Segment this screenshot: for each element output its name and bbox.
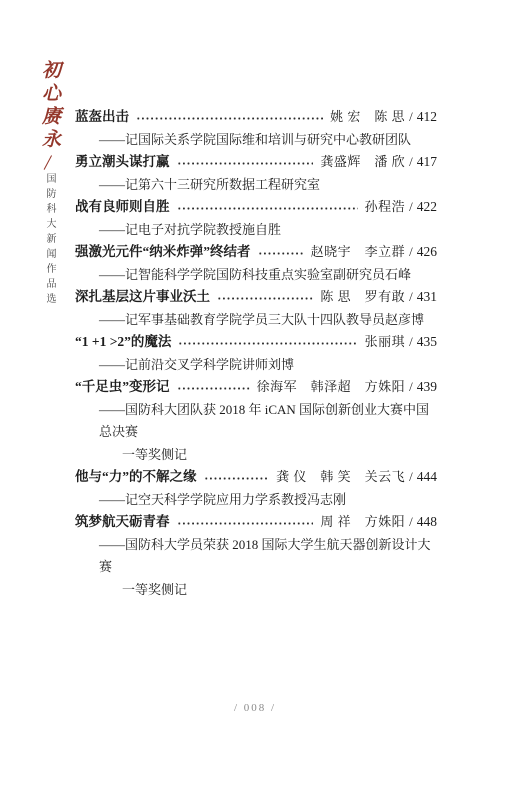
entry-subtitles: ——记军事基础教育学院学员三大队十四队教导员赵彦博 [75,309,437,332]
entry-title-row: 强激光元件“纳米炸弹”终结者 赵晓宇 李立群 / 426 [75,241,437,264]
book-page: 初心赓永 国防科大新闻作品选 蓝盔出击 姚 宏 陈 思 / 412 ——记国际关… [0,0,510,800]
entry-subtitle: 一等奖侧记 [75,579,437,602]
entry-authors: 姚 宏 陈 思 [330,106,405,129]
slash-separator: / [405,106,417,129]
dot-leader [204,475,270,480]
slash-separator: / [405,151,417,174]
entry-title-row: 战有良师则自胜 孙程浩 / 422 [75,196,437,219]
dot-leader [177,520,314,525]
entry-subtitle: ——记电子对抗学院教授施自胜 [75,219,437,242]
entry-page-number: 444 [417,466,437,489]
entry-authors: 孙程浩 [365,196,406,219]
entry-subtitles: ——记电子对抗学院教授施自胜 [75,219,437,242]
entry-subtitles: ——记国际关系学院国际维和培训与研究中心教研团队 [75,129,437,152]
entry-subtitle: ——记第六十三研究所数据工程研究室 [75,174,437,197]
toc-entry: 蓝盔出击 姚 宏 陈 思 / 412 ——记国际关系学院国际维和培训与研究中心教… [75,106,437,151]
entry-title: 强激光元件“纳米炸弹”终结者 [75,241,251,264]
entry-title-row: “1 +1 >2”的魔法 张丽琪 / 435 [75,331,437,354]
book-title-calligraphy: 初心赓永 [40,60,59,152]
entry-page-number: 417 [417,151,437,174]
dot-leader [177,385,250,390]
dot-leader [136,115,323,120]
entry-title-row: 勇立潮头谋打赢 龚盛辉 潘 欣 / 417 [75,151,437,174]
toc-entry: “1 +1 >2”的魔法 张丽琪 / 435 ——记前沿交叉学科学院讲师刘博 [75,331,437,376]
entry-subtitle: 一等奖侧记 [75,444,437,467]
entry-title: 蓝盔出击 [75,106,129,129]
entry-title: “1 +1 >2”的魔法 [75,331,171,354]
entry-page-number: 422 [417,196,437,219]
entry-title-row: 深扎基层这片事业沃土 陈 思 罗有敢 / 431 [75,286,437,309]
toc-entry: 勇立潮头谋打赢 龚盛辉 潘 欣 / 417 ——记第六十三研究所数据工程研究室 [75,151,437,196]
entry-title: 勇立潮头谋打赢 [75,151,170,174]
entry-title: 战有良师则自胜 [75,196,170,219]
entry-title: 他与“力”的不解之缘 [75,466,197,489]
entry-authors: 周 祥 方姝阳 [320,511,405,534]
entry-subtitle: ——记前沿交叉学科学院讲师刘博 [75,354,437,377]
entry-subtitles: ——国防科大团队获 2018 年 iCAN 国际创新创业大赛中国总决赛一等奖侧记 [75,399,437,467]
toc-entry: 战有良师则自胜 孙程浩 / 422 ——记电子对抗学院教授施自胜 [75,196,437,241]
entry-title-row: 筑梦航天砺青春 周 祥 方姝阳 / 448 [75,511,437,534]
slash-separator: / [405,241,417,264]
toc-entry: 筑梦航天砺青春 周 祥 方姝阳 / 448 ——国防科大学员荣获 2018 国际… [75,511,437,601]
toc-entry: 强激光元件“纳米炸弹”终结者 赵晓宇 李立群 / 426 ——记智能科学学院国防… [75,241,437,286]
entry-page-number: 431 [417,286,437,309]
toc-list: 蓝盔出击 姚 宏 陈 思 / 412 ——记国际关系学院国际维和培训与研究中心教… [75,106,437,601]
dot-leader [177,205,358,210]
spine-slash-divider [44,155,53,170]
dot-leader [217,295,313,300]
entry-title-row: “千足虫”变形记 徐海军 韩泽超 方姝阳 / 439 [75,376,437,399]
entry-title-row: 蓝盔出击 姚 宏 陈 思 / 412 [75,106,437,129]
dot-leader [178,340,357,345]
toc-entry: “千足虫”变形记 徐海军 韩泽超 方姝阳 / 439 ——国防科大团队获 201… [75,376,437,466]
entry-subtitle: ——记空天科学学院应用力学系教授冯志刚 [75,489,437,512]
slash-separator: / [405,286,417,309]
entry-subtitle: ——国防科大学员荣获 2018 国际大学生航天器创新设计大赛 [75,534,437,579]
entry-authors: 龚 仪 韩 笑 关云飞 [276,466,405,489]
entry-page-number: 435 [417,331,437,354]
entry-subtitles: ——记智能科学学院国防科技重点实验室副研究员石峰 [75,264,437,287]
entry-page-number: 412 [417,106,437,129]
entry-page-number: 426 [417,241,437,264]
page-number-folio: / 008 / [0,702,510,714]
toc-entry: 他与“力”的不解之缘 龚 仪 韩 笑 关云飞 / 444 ——记空天科学学院应用… [75,466,437,511]
entry-page-number: 448 [417,511,437,534]
slash-separator: / [405,331,417,354]
entry-subtitles: ——记前沿交叉学科学院讲师刘博 [75,354,437,377]
entry-authors: 徐海军 韩泽超 方姝阳 [257,376,406,399]
entry-page-number: 439 [417,376,437,399]
entry-authors: 龚盛辉 潘 欣 [320,151,405,174]
entry-title-row: 他与“力”的不解之缘 龚 仪 韩 笑 关云飞 / 444 [75,466,437,489]
entry-subtitle: ——记国际关系学院国际维和培训与研究中心教研团队 [75,129,437,152]
dot-leader [177,160,314,165]
entry-subtitles: ——记空天科学学院应用力学系教授冯志刚 [75,489,437,512]
entry-title: 深扎基层这片事业沃土 [75,286,210,309]
slash-separator: / [405,511,417,534]
slash-separator: / [405,466,417,489]
entry-subtitles: ——记第六十三研究所数据工程研究室 [75,174,437,197]
spine-sidebar: 初心赓永 国防科大新闻作品选 [34,60,64,308]
dot-leader [258,250,304,255]
slash-separator: / [405,196,417,219]
slash-separator: / [405,376,417,399]
entry-authors: 赵晓宇 李立群 [311,241,406,264]
entry-subtitles: ——国防科大学员荣获 2018 国际大学生航天器创新设计大赛一等奖侧记 [75,534,437,602]
series-title: 国防科大新闻作品选 [44,173,54,308]
entry-title: 筑梦航天砺青春 [75,511,170,534]
entry-subtitle: ——记军事基础教育学院学员三大队十四队教导员赵彦博 [75,309,437,332]
toc-entry: 深扎基层这片事业沃土 陈 思 罗有敢 / 431 ——记军事基础教育学院学员三大… [75,286,437,331]
entry-subtitle: ——记智能科学学院国防科技重点实验室副研究员石峰 [75,264,437,287]
entry-authors: 陈 思 罗有敢 [320,286,405,309]
entry-authors: 张丽琪 [365,331,406,354]
entry-title: “千足虫”变形记 [75,376,170,399]
entry-subtitle: ——国防科大团队获 2018 年 iCAN 国际创新创业大赛中国总决赛 [75,399,437,444]
